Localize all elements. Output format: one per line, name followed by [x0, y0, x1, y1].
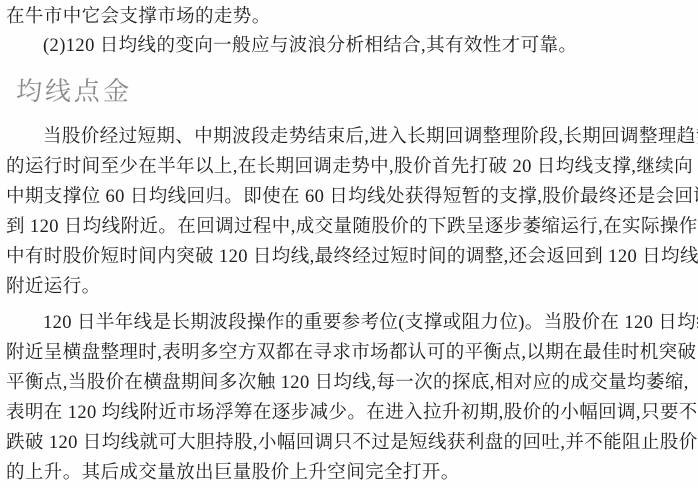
body-text-line: 的运行时间至少在半年以上,在长期回调走势中,股价首先打破 20 日均线支撑,继续… [6, 152, 692, 182]
intro-line: (2)120 日均线的变向一般应与波浪分析相结合,其有效性才可靠。 [6, 32, 692, 61]
body-text-line: 到 120 日均线附近。在回调过程中,成交量随股价的下跌呈逐步萎缩运行,在实际操… [6, 212, 692, 242]
body-text-line: 中有时股价短时间内突破 120 日均线,最终经过短时间的调整,还会返回到 120… [6, 242, 692, 272]
paragraph-1: 当股价经过短期、中期波段走势结束后,进入长期回调整理阶段,长期回调整理趋势 的运… [6, 122, 692, 302]
intro-block: 在牛市中它会支撑市场的走势。 (2)120 日均线的变向一般应与波浪分析相结合,… [6, 3, 692, 61]
body-text-line: 跌破 120 日均线就可大胆持股,小幅回调只不过是短线获利盘的回吐,并不能阻止股… [6, 428, 692, 458]
section-heading: 均线点金 [5, 75, 692, 109]
body-text-line: 表明在 120 均线附近市场浮筹在逐步减少。在进入拉升初期,股价的小幅回调,只要… [6, 398, 692, 428]
intro-line: 在牛市中它会支撑市场的走势。 [6, 3, 692, 32]
body-text-line: 当股价经过短期、中期波段走势结束后,进入长期回调整理阶段,长期回调整理趋势 [6, 122, 692, 152]
body-text-line: 平衡点,当股价在横盘期间多次触 120 日均线,每一次的探底,相对应的成交量均萎… [6, 368, 692, 398]
body-text-line: 120 日半年线是长期波段操作的重要参考位(支撑或阻力位)。当股价在 120 日… [6, 308, 692, 338]
body-text-line: 附近呈横盘整理时,表明多空方双都在寻求市场都认可的平衡点,以期在最佳时机突破 [6, 338, 692, 368]
body-text-line: 中期支撑位 60 日均线回归。即使在 60 日均线处获得短暂的支撑,股价最终还是… [6, 182, 692, 212]
body-text-line: 附近运行。 [6, 272, 692, 302]
paragraph-2: 120 日半年线是长期波段操作的重要参考位(支撑或阻力位)。当股价在 120 日… [6, 308, 692, 488]
body-text-line: 的上升。其后成交量放出巨量股价上升空间完全打开。 [6, 458, 692, 488]
document-page: 在牛市中它会支撑市场的走势。 (2)120 日均线的变向一般应与波浪分析相结合,… [0, 0, 698, 488]
